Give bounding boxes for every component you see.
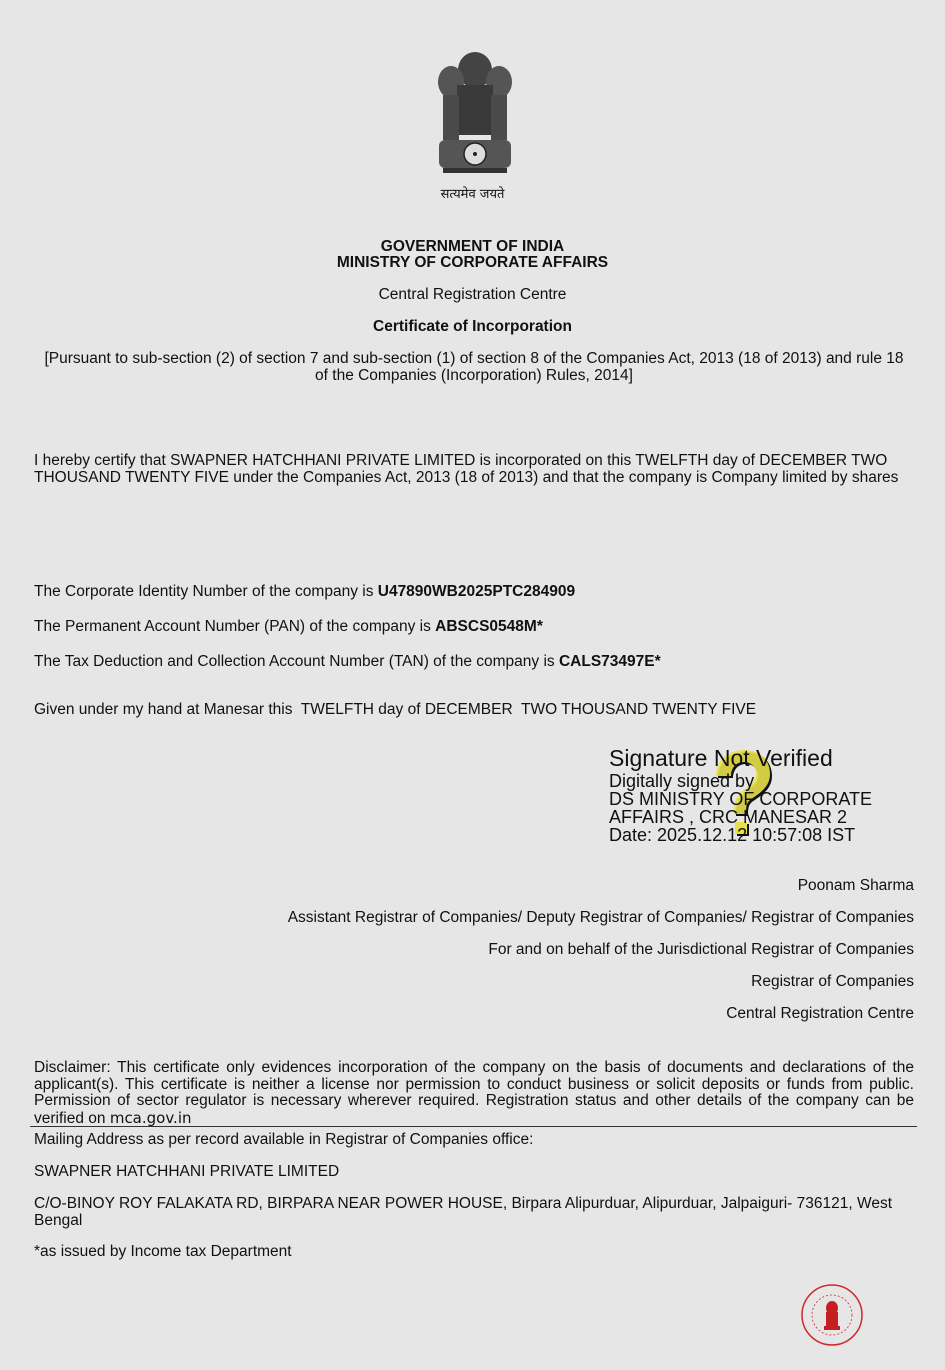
tan-line: The Tax Deduction and Collection Account…: [34, 654, 914, 671]
signature-date: Date: 2025.12.12 10:57:08 IST: [609, 826, 909, 844]
cin-value: U47890WB2025PTC284909: [378, 583, 575, 600]
motto: सत्यमेव जयते: [0, 184, 945, 202]
registrar-name: Poonam Sharma: [798, 878, 914, 895]
signature-status: Signature Not Verified: [609, 744, 909, 772]
cin-line: The Corporate Identity Number of the com…: [34, 584, 914, 601]
mailing-heading: Mailing Address as per record available …: [34, 1132, 914, 1149]
pursuant-text: [Pursuant to sub-section (2) of section …: [40, 351, 908, 384]
mailing-address: C/O-BINOY ROY FALAKATA RD, BIRPARA NEAR …: [34, 1196, 894, 1229]
signer-line-1: DS MINISTRY OF CORPORATE: [609, 790, 909, 808]
divider: [30, 1126, 917, 1127]
footnote: *as issued by Income tax Department: [34, 1244, 914, 1261]
pan-label: The Permanent Account Number (PAN) of th…: [34, 618, 435, 635]
mca-link[interactable]: mca.gov.in: [110, 1109, 192, 1127]
signed-by-label: Digitally signed by: [609, 772, 909, 790]
mailing-company: SWAPNER HATCHHANI PRIVATE LIMITED: [34, 1164, 914, 1181]
header-centre: Central Registration Centre: [0, 287, 945, 304]
digital-signature-block[interactable]: Signature Not Verified Digitally signed …: [609, 744, 909, 844]
registrar-behalf: For and on behalf of the Jurisdictional …: [488, 942, 914, 959]
registrar-centre: Central Registration Centre: [726, 1006, 914, 1023]
disclaimer: Disclaimer: This certificate only eviden…: [34, 1060, 914, 1127]
certificate-title: Certificate of Incorporation: [0, 319, 945, 336]
tan-value: CALS73497E*: [559, 653, 661, 670]
cin-label: The Corporate Identity Number of the com…: [34, 583, 378, 600]
given-text: Given under my hand at Manesar this TWEL…: [34, 702, 914, 719]
pan-value: ABSCS0548M*: [435, 618, 543, 635]
national-emblem-icon: [425, 40, 525, 205]
signer-line-2: AFFAIRS , CRC MANESAR 2: [609, 808, 909, 826]
header-ministry: MINISTRY OF CORPORATE AFFAIRS: [0, 255, 945, 272]
roc-seal-icon: [799, 1284, 867, 1346]
certify-text: I hereby certify that SWAPNER HATCHHANI …: [34, 453, 904, 486]
registrar-designation: Assistant Registrar of Companies/ Deputy…: [288, 910, 914, 927]
tan-label: The Tax Deduction and Collection Account…: [34, 653, 559, 670]
pan-line: The Permanent Account Number (PAN) of th…: [34, 619, 914, 636]
registrar-office: Registrar of Companies: [751, 974, 914, 991]
